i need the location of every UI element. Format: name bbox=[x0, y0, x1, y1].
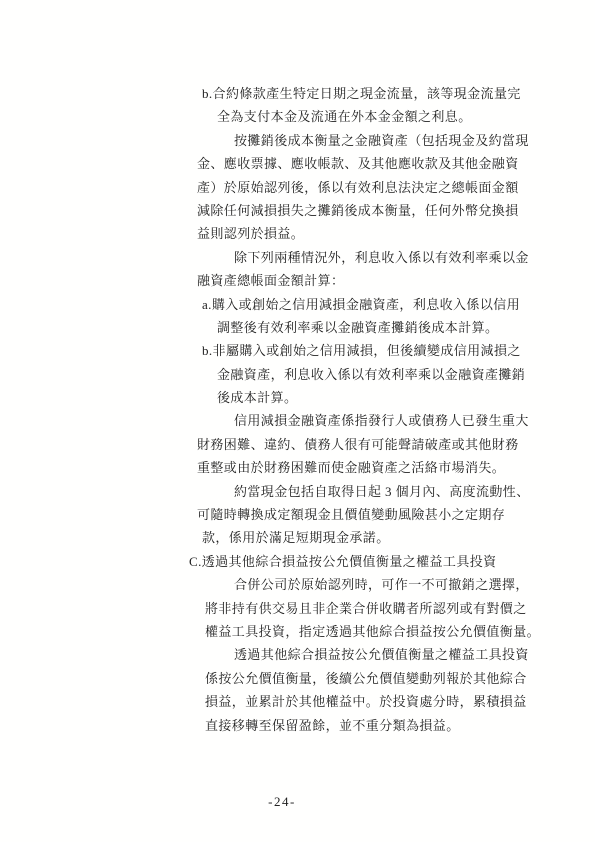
text-line: 全為支付本金及流通在外本金金額之利息。 bbox=[217, 105, 557, 128]
text-line: 調整後有效利率乘以金融資產攤銷後成本計算。 bbox=[217, 316, 557, 339]
text-line: 係按公允價值衡量，後續公允價值變動列報於其他綜合 bbox=[205, 667, 557, 690]
text-line: 權益工具投資，指定透過其他綜合損益按公允價值衡量。 bbox=[205, 620, 557, 643]
text-line: 款，係用於滿足短期現金承諾。 bbox=[202, 526, 557, 549]
text-line: 重整或由於財務困難而使金融資產之活絡市場消失。 bbox=[197, 456, 557, 479]
text-line: C.透過其他綜合損益按公允價值衡量之權益工具投資 bbox=[189, 550, 557, 573]
text-line: b.合約條款產生特定日期之現金流量，該等現金流量完 bbox=[202, 82, 557, 105]
text-line: 透過其他綜合損益按公允價值衡量之權益工具投資 bbox=[234, 643, 557, 666]
text-line: 合併公司於原始認列時，可作一不可撤銷之選擇， bbox=[234, 573, 557, 596]
text-line: 益則認列於損益。 bbox=[197, 222, 557, 245]
body-text-block: b.合約條款產生特定日期之現金流量，該等現金流量完全為支付本金及流通在外本金金額… bbox=[197, 82, 557, 737]
text-line: 後成本計算。 bbox=[217, 386, 557, 409]
text-line: 除下列兩種情況外，利息收入係以有效利率乘以金 bbox=[234, 246, 557, 269]
text-line: 金融資產，利息收入係以有效利率乘以金融資產攤銷 bbox=[217, 363, 557, 386]
text-line: 財務困難、違約、債務人很有可能聲請破產或其他財務 bbox=[197, 433, 557, 456]
document-page: b.合約條款產生特定日期之現金流量，該等現金流量完全為支付本金及流通在外本金金額… bbox=[0, 0, 595, 842]
text-line: 產）於原始認列後，係以有效利息法決定之總帳面金額 bbox=[197, 176, 557, 199]
text-line: 信用減損金融資產係指發行人或債務人已發生重大 bbox=[234, 409, 557, 432]
page-number: -24- bbox=[0, 794, 564, 810]
text-line: 約當現金包括自取得日起 3 個月內、高度流動性、 bbox=[234, 480, 557, 503]
text-line: 減除任何減損損失之攤銷後成本衡量，任何外幣兌換損 bbox=[197, 199, 557, 222]
text-line: 將非持有供交易且非企業合併收購者所認列或有對價之 bbox=[205, 597, 557, 620]
text-line: 金、應收票據、應收帳款、及其他應收款及其他金融資 bbox=[197, 152, 557, 175]
text-line: 可隨時轉換成定額現金且價值變動風險甚小之定期存 bbox=[197, 503, 557, 526]
text-line: 融資產總帳面金額計算： bbox=[197, 269, 557, 292]
text-line: 直接移轉至保留盈餘，並不重分類為損益。 bbox=[205, 714, 557, 737]
text-line: b.非屬購入或創始之信用減損，但後續變成信用減損之 bbox=[202, 339, 557, 362]
text-line: 按攤銷後成本衡量之金融資產（包括現金及約當現 bbox=[234, 129, 557, 152]
text-line: 損益，並累計於其他權益中。於投資處分時，累積損益 bbox=[205, 690, 557, 713]
text-line: a.購入或創始之信用減損金融資產，利息收入係以信用 bbox=[202, 293, 557, 316]
